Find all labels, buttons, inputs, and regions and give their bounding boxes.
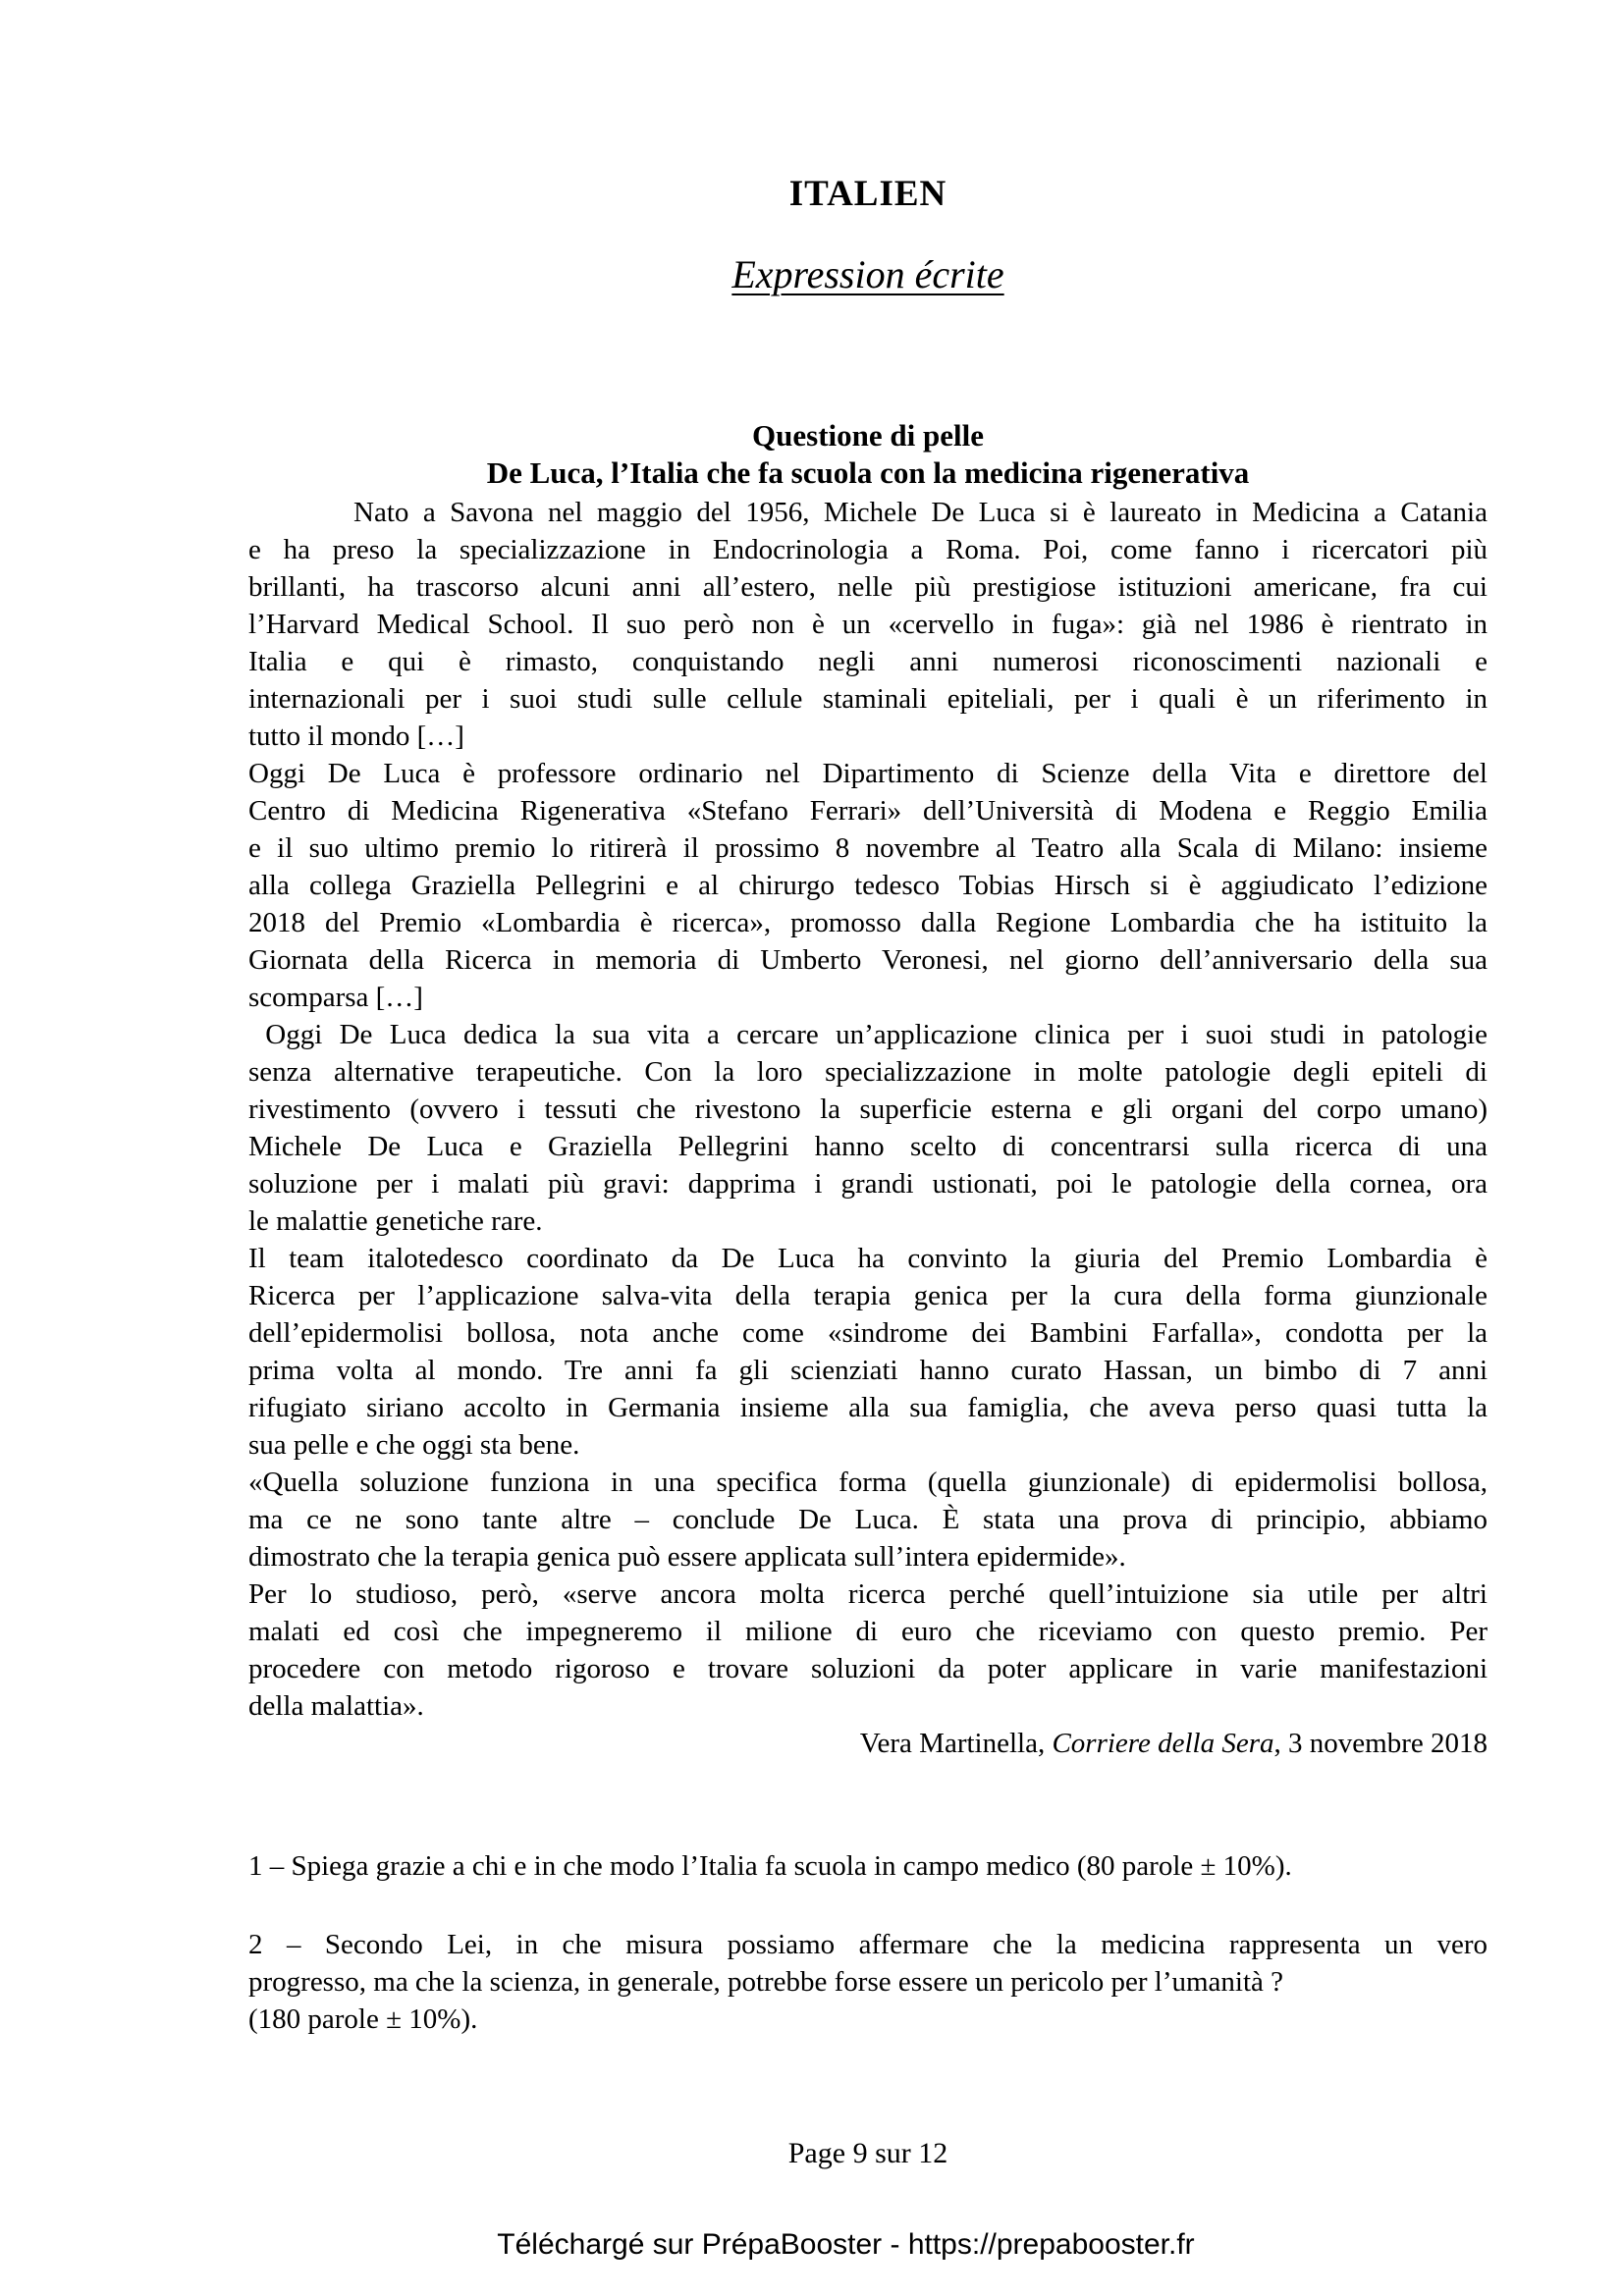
text-line: ma ce ne sono tante altre – conclude De … <box>248 1501 1488 1538</box>
text-line: Per lo studioso, però, «serve ancora mol… <box>248 1575 1488 1613</box>
attribution-source: Corriere della Sera <box>1052 1728 1273 1759</box>
text-line: rifugiato siriano accolto in Germania in… <box>248 1389 1488 1426</box>
paragraphs: Nato a Savona nel maggio del 1956, Miche… <box>248 494 1488 1725</box>
text-line: Ricerca per l’applicazione salva-vita de… <box>248 1277 1488 1314</box>
text-line: Italia e qui è rimasto, conquistando neg… <box>248 643 1488 680</box>
text-line: tutto il mondo […] <box>248 718 1488 755</box>
text-line: soluzione per i malati più gravi: dappri… <box>248 1165 1488 1202</box>
text-line: dell’epidermolisi bollosa, nota anche co… <box>248 1314 1488 1352</box>
document-page: ITALIEN Expression écrite Questione di p… <box>0 0 1623 2296</box>
text-line: (180 parole ± 10%). <box>248 2001 1488 2038</box>
text-line: brillanti, ha trascorso alcuni anni all’… <box>248 568 1488 606</box>
text-line: e ha preso la specializzazione in Endocr… <box>248 531 1488 568</box>
text-line: Il team italotedesco coordinato da De Lu… <box>248 1240 1488 1277</box>
article-body: Nato a Savona nel maggio del 1956, Miche… <box>248 494 1488 1762</box>
text-line: 1 – Spiega grazie a chi e in che modo l’… <box>248 1847 1488 1885</box>
paragraph: Per lo studioso, però, «serve ancora mol… <box>248 1575 1488 1725</box>
section-title-text: Expression écrite <box>731 252 1003 296</box>
question-2: 2 – Secondo Lei, in che misura possiamo … <box>248 1926 1488 2038</box>
text-line: rivestimento (ovvero i tessuti che rives… <box>248 1091 1488 1128</box>
text-line: «Quella soluzione funziona in una specif… <box>248 1464 1488 1501</box>
text-line: alla collega Graziella Pellegrini e al c… <box>248 867 1488 904</box>
text-line: della malattia». <box>248 1687 1488 1725</box>
text-line: sua pelle e che oggi sta bene. <box>248 1426 1488 1464</box>
attribution-date: , 3 novembre 2018 <box>1274 1728 1488 1759</box>
text-line: senza alternative terapeutiche. Con la l… <box>248 1053 1488 1091</box>
text-line: le malattie genetiche rare. <box>248 1202 1488 1240</box>
text-line: Oggi De Luca è professore ordinario nel … <box>248 755 1488 792</box>
text-line: e il suo ultimo premio lo ritirerà il pr… <box>248 829 1488 867</box>
paragraph: «Quella soluzione funziona in una specif… <box>248 1464 1488 1575</box>
text-line: Nato a Savona nel maggio del 1956, Miche… <box>248 494 1488 531</box>
question-1: 1 – Spiega grazie a chi e in che modo l’… <box>248 1847 1488 1885</box>
text-line: procedere con metodo rigoroso e trovare … <box>248 1650 1488 1687</box>
text-line: dimostrato che la terapia genica può ess… <box>248 1538 1488 1575</box>
article-header: Questione di pelle De Luca, l’Italia che… <box>248 417 1488 492</box>
download-footer: Téléchargé sur PrépaBooster - https://pr… <box>69 2227 1623 2263</box>
text-line: progresso, ma che la scienza, in general… <box>248 1963 1488 2001</box>
paragraph: Nato a Savona nel maggio del 1956, Miche… <box>248 494 1488 755</box>
section-title: Expression écrite <box>248 251 1488 298</box>
text-line: 2018 del Premio «Lombardia è ricerca», p… <box>248 904 1488 941</box>
text-line: internazionali per i suoi studi sulle ce… <box>248 680 1488 718</box>
text-line: Centro di Medicina Rigenerativa «Stefano… <box>248 792 1488 829</box>
attribution: Vera Martinella, Corriere della Sera, 3 … <box>248 1725 1488 1762</box>
text-line: Giornata della Ricerca in memoria di Umb… <box>248 941 1488 979</box>
article-subtitle: De Luca, l’Italia che fa scuola con la m… <box>248 454 1488 492</box>
paragraph: Oggi De Luca dedica la sua vita a cercar… <box>248 1016 1488 1240</box>
text-line: 2 – Secondo Lei, in che misura possiamo … <box>248 1926 1488 1963</box>
page-number: Page 9 sur 12 <box>248 2135 1488 2172</box>
text-line: l’Harvard Medical School. Il suo però no… <box>248 606 1488 643</box>
text-line: prima volta al mondo. Tre anni fa gli sc… <box>248 1352 1488 1389</box>
text-line: Michele De Luca e Graziella Pellegrini h… <box>248 1128 1488 1165</box>
paragraph: Il team italotedesco coordinato da De Lu… <box>248 1240 1488 1464</box>
attribution-author: Vera Martinella, <box>860 1728 1053 1759</box>
text-line: malati ed così che impegneremo il milion… <box>248 1613 1488 1650</box>
text-line: scomparsa […] <box>248 979 1488 1016</box>
text-line: Oggi De Luca dedica la sua vita a cercar… <box>248 1016 1488 1053</box>
exam-title: ITALIEN <box>248 176 1488 212</box>
paragraph: Oggi De Luca è professore ordinario nel … <box>248 755 1488 1016</box>
article-title: Questione di pelle <box>248 417 1488 454</box>
